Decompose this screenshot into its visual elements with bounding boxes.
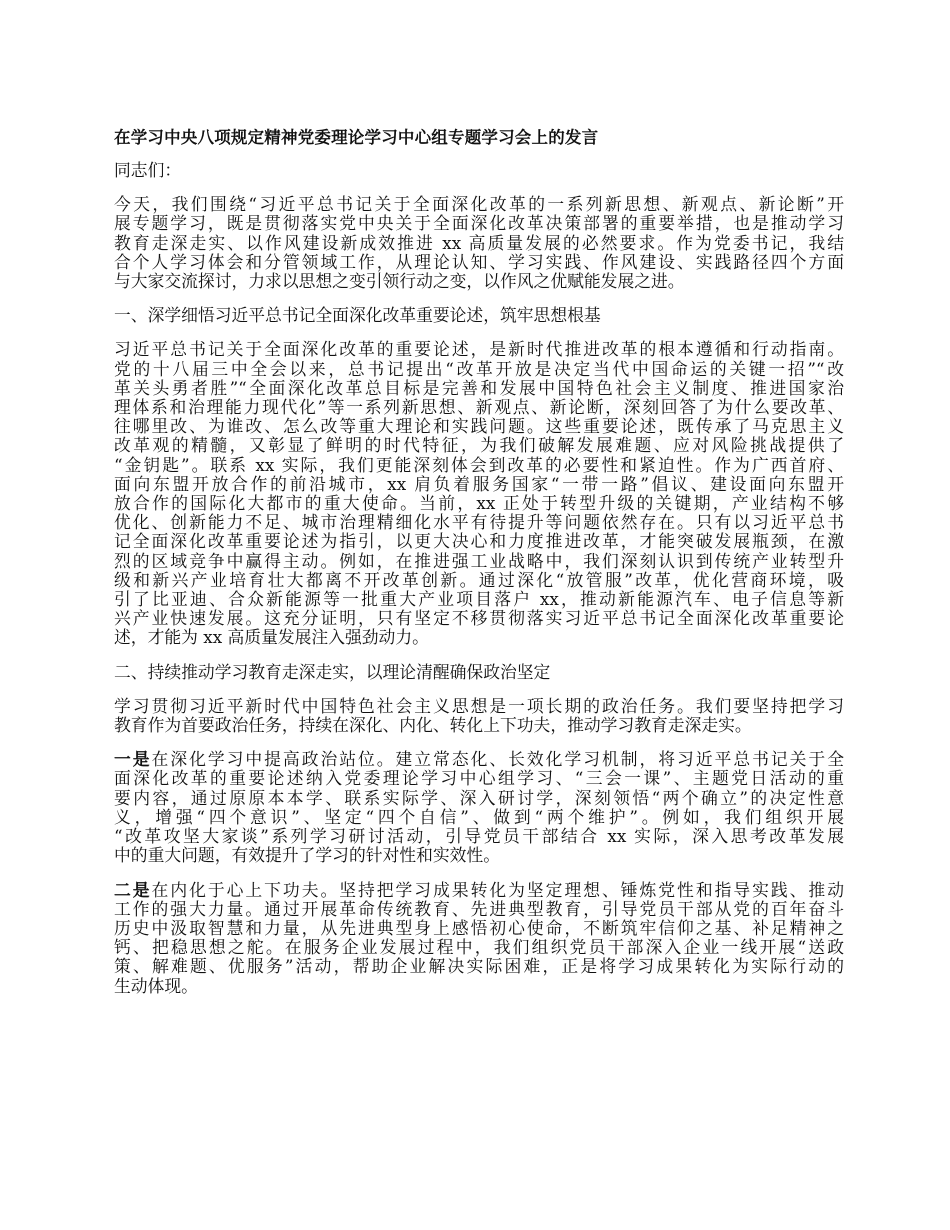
document-title: 在学习中央八项规定精神党委理论学习中心组专题学习会上的发言 — [114, 127, 844, 149]
text-line: 烈的区域竞争中赢得主动。例如，在推进强工业战略中，我们深刻认识到传统产业转型升 — [114, 552, 844, 571]
text-line: 二是在内化于心上下功夫。坚持把学习成果转化为坚定理想、锤炼党性和指导实践、推动 — [114, 881, 844, 900]
text-line: 记全面深化改革重要论述为指引，以更大决心和力度推进改革，才能突破发展瓶颈，在激 — [114, 532, 844, 551]
section-heading-text: 一、深学细悟习近平总书记全面深化改革重要论述，筑牢思想根基 — [114, 306, 844, 325]
section-heading-text: 二、持续推动学习教育走深走实，以理论清醒确保政治坚定 — [114, 663, 844, 682]
point-text: 在深化学习中提高政治站位。建立常态化、长效化学习机制，将习近平总书记关于全 — [152, 749, 844, 769]
text-line: 引了比亚迪、合众新能源等一批重大产业项目落户 xx，推动新能源汽车、电子信息等新 — [114, 590, 844, 609]
text-line: “金钥匙”。联系 xx 实际，我们更能深刻体会到改革的必要性和紧迫性。作为广西首… — [114, 456, 844, 475]
text-line: 改革观的精髓，又彰显了鲜明的时代特征，为我们破解发展难题、应对风险挑战提供了 — [114, 436, 844, 455]
text-line: 革关头勇者胜”“全面深化改革总目标是完善和发展中国特色社会主义制度、推进国家治 — [114, 379, 844, 398]
text-line: 生动体现。 — [114, 977, 844, 996]
text-line: 级和新兴产业培育壮大都离不开改革创新。通过深化“放管服”改革，优化营商环境，吸 — [114, 571, 844, 590]
text-line: 理体系和治理能力现代化”等一系列新思想、新观点、新论断，深刻回答了为什么要改革、 — [114, 398, 844, 417]
text-line: 一是在深化学习中提高政治站位。建立常态化、长效化学习机制，将习近平总书记关于全 — [114, 750, 844, 769]
text-line: 要内容，通过原原本本学、联系实际学、深入研讨学，深刻领悟“两个确立”的决定性意 — [114, 789, 844, 808]
point-text: 在内化于心上下功夫。坚持把学习成果转化为坚定理想、锤炼党性和指导实践、推动 — [152, 880, 844, 900]
text-line: 工作的强大力量。通过开展革命传统教育、先进典型教育，引导党员干部从党的百年奋斗 — [114, 900, 844, 919]
text-line: 中的重大问题，有效提升了学习的针对性和实效性。 — [114, 846, 844, 865]
text-line: 教育走深走实、以作风建设新成效推进 xx 高质量发展的必然要求。作为党委书记，我… — [114, 234, 844, 253]
point-lead: 二是 — [114, 880, 152, 900]
text-line: 今天，我们围绕“习近平总书记关于全面深化改革的一系列新思想、新观点、新论断”开 — [114, 195, 844, 214]
text-line: 面深化改革的重要论述纳入党委理论学习中心组学习、“三会一课”、主题党日活动的重 — [114, 769, 844, 788]
greeting: 同志们： — [114, 161, 844, 180]
section-2-heading: 二、持续推动学习教育走深走实，以理论清醒确保政治坚定 — [114, 663, 844, 682]
text-line: 策、解难题、优服务”活动，帮助企业解决实际困难，正是将学习成果转化为实际行动的 — [114, 957, 844, 976]
text-line: 学习贯彻习近平新时代中国特色社会主义思想是一项长期的政治任务。我们要坚持把学习 — [114, 697, 844, 716]
text-line: 合个人学习体会和分管领域工作，从理论认知、学习实践、作风建设、实践路径四个方面 — [114, 253, 844, 272]
text-line: 与大家交流探讨，力求以思想之变引领行动之变，以作风之优赋能发展之进。 — [114, 272, 844, 291]
section-2-intro-paragraph: 学习贯彻习近平新时代中国特色社会主义思想是一项长期的政治任务。我们要坚持把学习 … — [114, 697, 844, 735]
text-line: 党的十八届三中全会以来，总书记提出“改革开放是决定当代中国命运的关键一招”“改 — [114, 360, 844, 379]
text-line: 钙、把稳思想之舵。在服务企业发展过程中，我们组织党员干部深入企业一线开展“送政 — [114, 938, 844, 957]
document-page: 在学习中央八项规定精神党委理论学习中心组专题学习会上的发言 同志们： 今天，我们… — [114, 127, 844, 1011]
greeting-text: 同志们： — [114, 161, 844, 180]
text-line: 教育作为首要政治任务，持续在深化、内化、转化上下功夫，推动学习教育走深走实。 — [114, 716, 844, 735]
intro-paragraph: 今天，我们围绕“习近平总书记关于全面深化改革的一系列新思想、新观点、新论断”开 … — [114, 195, 844, 291]
text-line: 义，增强“四个意识”、坚定“四个自信”、做到“两个维护”。例如，我们组织开展 — [114, 808, 844, 827]
point-lead: 一是 — [114, 749, 152, 769]
text-line: 展专题学习，既是贯彻落实党中央关于全面深化改革决策部署的重要举措，也是推动学习 — [114, 214, 844, 233]
text-line: 往哪里改、为谁改、怎么改等重大理论和实践问题。这些重要论述，既传承了马克思主义 — [114, 417, 844, 436]
section-2-point-1: 一是在深化学习中提高政治站位。建立常态化、长效化学习机制，将习近平总书记关于全 … — [114, 750, 844, 865]
text-line: 放合作的国际化大都市的重大使命。当前，xx 正处于转型升级的关键期，产业结构不够 — [114, 494, 844, 513]
text-line: 习近平总书记关于全面深化改革的重要论述，是新时代推进改革的根本遵循和行动指南。 — [114, 340, 844, 359]
section-2-point-2: 二是在内化于心上下功夫。坚持把学习成果转化为坚定理想、锤炼党性和指导实践、推动 … — [114, 881, 844, 996]
section-1-heading: 一、深学细悟习近平总书记全面深化改革重要论述，筑牢思想根基 — [114, 306, 844, 325]
text-line: “改革攻坚大家谈”系列学习研讨活动，引导党员干部结合 xx 实际，深入思考改革发… — [114, 827, 844, 846]
text-line: 面向东盟开放合作的前沿城市，xx 肩负着服务国家“一带一路”倡议、建设面向东盟开 — [114, 475, 844, 494]
section-1-paragraph: 习近平总书记关于全面深化改革的重要论述，是新时代推进改革的根本遵循和行动指南。 … — [114, 340, 844, 647]
text-line: 述，才能为 xx 高质量发展注入强劲动力。 — [114, 628, 844, 647]
text-line: 兴产业快速发展。这充分证明，只有坚定不移贯彻落实习近平总书记全面深化改革重要论 — [114, 609, 844, 628]
text-line: 优化、创新能力不足、城市治理精细化水平有待提升等问题依然存在。只有以习近平总书 — [114, 513, 844, 532]
text-line: 历史中汲取智慧和力量，从先进典型身上感悟初心使命，不断筑牢信仰之基、补足精神之 — [114, 919, 844, 938]
